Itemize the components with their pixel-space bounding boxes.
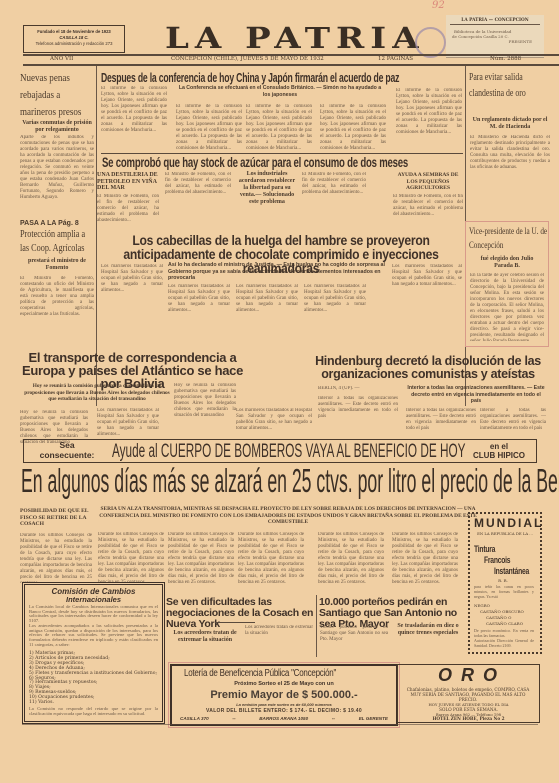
hindenburg-col1: BERLIN, 4 (UP). — [318, 386, 398, 396]
bottom-rule [22, 724, 538, 725]
jump-line: PASA A LA Pág. 8 [20, 220, 79, 227]
bencina-side-head: POSIBILIDAD DE QUE EL FISCO SE RETIRE DE… [20, 508, 92, 528]
mundial-body: para teñir las canas en pocos minutos, e… [474, 584, 534, 602]
left-body2: El Ministro de Fomento, contestando un o… [20, 276, 94, 332]
cambios-items: 1) Materias primas; 2) Artículos de prim… [29, 652, 158, 706]
sugar-side-body: El Ministro de Fomento, con el fin de re… [97, 194, 159, 230]
right-body: El Ministerio de Hacienda dictó el regla… [470, 135, 550, 220]
left-body: Aparte de los indultos y conmutaciones d… [20, 135, 94, 221]
transport-deck: Hoy se reunirá la comisión gubernativa q… [22, 383, 172, 403]
issue-number: Núm. 2888 [490, 56, 521, 62]
sugar-headline: Se comprobó que hay stock de azúcar para… [102, 155, 408, 170]
masthead-rule-bottom [23, 64, 559, 66]
lottery-sep: -- [332, 716, 335, 721]
cosach-rule [215, 622, 255, 623]
bencina-headline: En algunos días más se alzará en 25 ctvs… [21, 462, 559, 500]
mundial-product-3: Instantánea [494, 566, 529, 576]
sugar-box-head: AYUDA A SEMBRAS DE LOS PEQUEÑOS AGRICULT… [393, 172, 463, 192]
oro-line5: HOTEL ZEN HOBE, Pieza No 2 [398, 716, 539, 721]
founded-box: Fundado el 18 de Noviembre de 1923 CASIL… [23, 25, 125, 53]
lottery-emission: La emisión para este sorteo es de 60,000… [172, 702, 396, 707]
mundial-auth: Autorización Dirección General de Sanida… [474, 638, 534, 650]
lottery-address: BARROS ARANA 1050 [259, 716, 308, 721]
mundial-title: MUNDIAL [474, 516, 543, 530]
year-label: AÑO VII [50, 56, 73, 62]
portenos-deck: Se trasladarán en diez o quince trenes e… [392, 623, 464, 637]
cambios-intro: La Comisión local de Cambios Internacion… [29, 605, 158, 623]
lottery-price: VALOR DEL BILLETE ENTERO: $ 174.- EL DEC… [172, 708, 396, 714]
left-subhead2: prestará el ministro de Fomento [22, 258, 92, 272]
cambios-box: Comisión de Cambios Internacionales La C… [22, 582, 165, 724]
banner-left-line2: consecuente: [32, 451, 102, 461]
hindenburg-body: Interior a todas las organizaciones asem… [318, 396, 398, 438]
newspaper-title: LA PATRIA [165, 26, 425, 52]
mundial-ad: MUNDIAL EN LA REPUBLICA DE LA ... Tintur… [468, 512, 542, 654]
telefono-line: Telefonos administración y redacción 273 [24, 41, 124, 47]
sugar-col2: El Ministro de Fomento, con el fin de re… [165, 172, 231, 232]
page-count: 12 PAGINAS [378, 56, 413, 62]
handwritten-mark: 92 [432, 0, 445, 11]
bencina-deck: SERIA UN ALZA TRANSITORIA, MIENTRAS SE D… [98, 506, 478, 526]
top-story-col3: El informe de la comisión Lytton, sobre … [246, 104, 312, 152]
lottery-prize: Premio Mayor de $ 500.000.- [172, 689, 396, 701]
mundial-shade-3: CASTAÑO O [486, 615, 511, 620]
hunger-col5: Los marineros trasladados al Hospital Sa… [392, 264, 462, 330]
misc-col-a: Los marineros trasladados al Hospital Sa… [97, 408, 159, 438]
mundial-reg: R. R. [470, 578, 536, 583]
vp-headline: Vice-presidente de la U. de Concepción [469, 224, 547, 252]
sugar-mid-deck: Los industriales acordaron restablecer l… [236, 171, 298, 206]
bencina-col3: Durante los últimos Consejos de Ministro… [168, 532, 234, 584]
top-story-col2: El informe de la comisión Lytton, sobre … [176, 104, 242, 152]
hunger-col4: Los marineros trasladados al Hospital Sa… [304, 284, 366, 330]
cosach-body: Los acreedores tratan de extremar la sit… [245, 625, 313, 659]
banner-right: en el CLUB HIPICO [464, 442, 534, 460]
mundial-price: De precio económico. En venta en todas l… [474, 628, 534, 638]
lottery-ad: Lotería de Beneficencia Pública "Concepc… [170, 664, 398, 726]
cambios-title-2: Internacionales [25, 596, 162, 604]
bencina-col1: Durante los últimos Consejos de Ministro… [20, 533, 92, 583]
top-story-headline: Despues de la conferencia de hoy China y… [101, 70, 399, 85]
address-label-line3: PRESENTE [446, 39, 532, 44]
address-label: LA PATRIA — CONCEPCION Biblioteca de la … [446, 15, 544, 58]
cosach-divider [316, 595, 317, 657]
lottery-line1: Próximo Sorteo el 25 de Mayo con un [172, 681, 396, 687]
banner-left: Sea consecuente: [32, 441, 102, 460]
hunger-deck: Así lo ha declarado el ministro de Justi… [168, 262, 386, 282]
vp-subhead: fué elegido don Julio Parada B. [477, 256, 537, 270]
sugar-box-body: El Ministro de Fomento, con el fin de re… [393, 194, 463, 230]
address-label-header: LA PATRIA — CONCEPCION [450, 18, 540, 25]
lottery-casilla: CASILLA 370 [180, 716, 209, 721]
hindenburg-deck: Interior a todas las organizaciones asem… [406, 385, 546, 405]
mundial-shade-1: NEGRO [474, 603, 490, 608]
mundial-shade-2: CASTAÑO OBSCURO [480, 609, 524, 614]
bencina-col4: Durante los últimos Consejos de Ministro… [238, 532, 304, 584]
top-story-deck: La Conferencia se efectuará en el Consul… [175, 85, 385, 99]
right-subhead: Un reglamento dictado por el M. de Hacie… [470, 117, 550, 131]
banner-main: Ayude al CUERPO DE BOMBEROS VAYA AL BENE… [112, 441, 466, 463]
transport-col2: Hoy se reunirá la comisión gubernativa q… [174, 383, 236, 445]
cambios-note: Los antecedentes acompañados a las solic… [29, 624, 158, 652]
mundial-product-2: Francois [484, 555, 510, 565]
cambios-item: 11) Varios. [29, 701, 158, 706]
banner-right-line2: CLUB HIPICO [464, 451, 534, 460]
top-story-col4: El informe de la comisión Lytton, sobre … [320, 104, 386, 152]
hindenburg-col2: Interior a todas las organizaciones asem… [406, 408, 476, 438]
sugar-rule [101, 153, 463, 154]
cambios-footer: La Comisión no responde del retardo que … [29, 707, 158, 717]
banner-right-line1: en el [464, 442, 534, 451]
lottery-gerente: EL GERENTE [359, 716, 388, 721]
left-headline2: Protección amplia a las Coop. Agrícolas [20, 228, 86, 256]
dateline: CONCEPCION (CHILE), JUEVES 5 DE MAYO DE … [171, 56, 324, 62]
bencina-col5: Durante los últimos Consejos de Ministro… [318, 532, 384, 584]
vp-body: En la tarde de ayer celebró sesión el di… [470, 273, 544, 341]
left-subhead: Varias conmutas de prisión por relegamie… [20, 120, 94, 134]
mundial-product-1: Tintura [474, 544, 495, 554]
oro-body: Chafalonías, platino, boletos de empeño,… [404, 687, 532, 702]
misc-col-b: Los marineros trasladados al Hospital Sa… [236, 408, 312, 438]
right-headline: Para evitar salida clandestina de oro [469, 70, 539, 102]
mundial-line1: EN LA REPUBLICA DE LA ... [473, 531, 537, 536]
oro-title: O R O [398, 665, 539, 685]
hunger-col1: Los marineros trasladados al Hospital Sa… [101, 264, 163, 330]
oro-ad: O R O Chafalonías, platino, boletos de e… [397, 664, 540, 723]
portenos-body: 10.000 porteños pedirán en Santiago que … [320, 625, 388, 659]
hindenburg-headline-text: Hindenburg decretó la disolución de las … [315, 354, 541, 381]
lottery-sep: -- [232, 716, 235, 721]
bencina-col2: Durante los últimos Consejos de Ministro… [98, 532, 164, 584]
sugar-col4: El Ministro de Fomento, con el fin de re… [302, 172, 366, 232]
top-story-col1: El informe de la comisión Lytton, sobre … [101, 86, 167, 152]
bencina-col6: Durante los últimos Consejos de Ministro… [392, 532, 458, 584]
cosach-deck: Los acreedores tratan de extremar la sit… [166, 630, 244, 644]
hunger-col2: Los marineros trasladados al Hospital Sa… [168, 284, 230, 330]
hunger-col3: Los marineros trasladados al Hospital Sa… [236, 284, 298, 330]
hindenburg-col3: Interior a todas las organizaciones asem… [480, 408, 546, 438]
left-headline: Nuevas penas rebajadas a marineros preso… [20, 70, 82, 121]
hindenburg-headline: Hindenburg decretó la disolución de las … [312, 355, 544, 381]
bomberos-banner: Sea consecuente: Ayude al CUERPO DE BOMB… [23, 439, 537, 463]
mundial-shade-4: CASTAÑO CLARO [486, 621, 523, 626]
vp-box: Vice-presidente de la U. de Concepción f… [465, 221, 549, 347]
sugar-side-head: UNA DESTILERIA DE PETROLEO EN VIÑA DEL M… [97, 172, 159, 192]
top-story-col5: El informe de la comisión Lytton, sobre … [396, 88, 462, 152]
lottery-footer: CASILLA 370 -- BARROS ARANA 1050 -- EL G… [180, 716, 388, 721]
lottery-title: Lotería de Beneficencia Pública "Concepc… [184, 668, 336, 679]
